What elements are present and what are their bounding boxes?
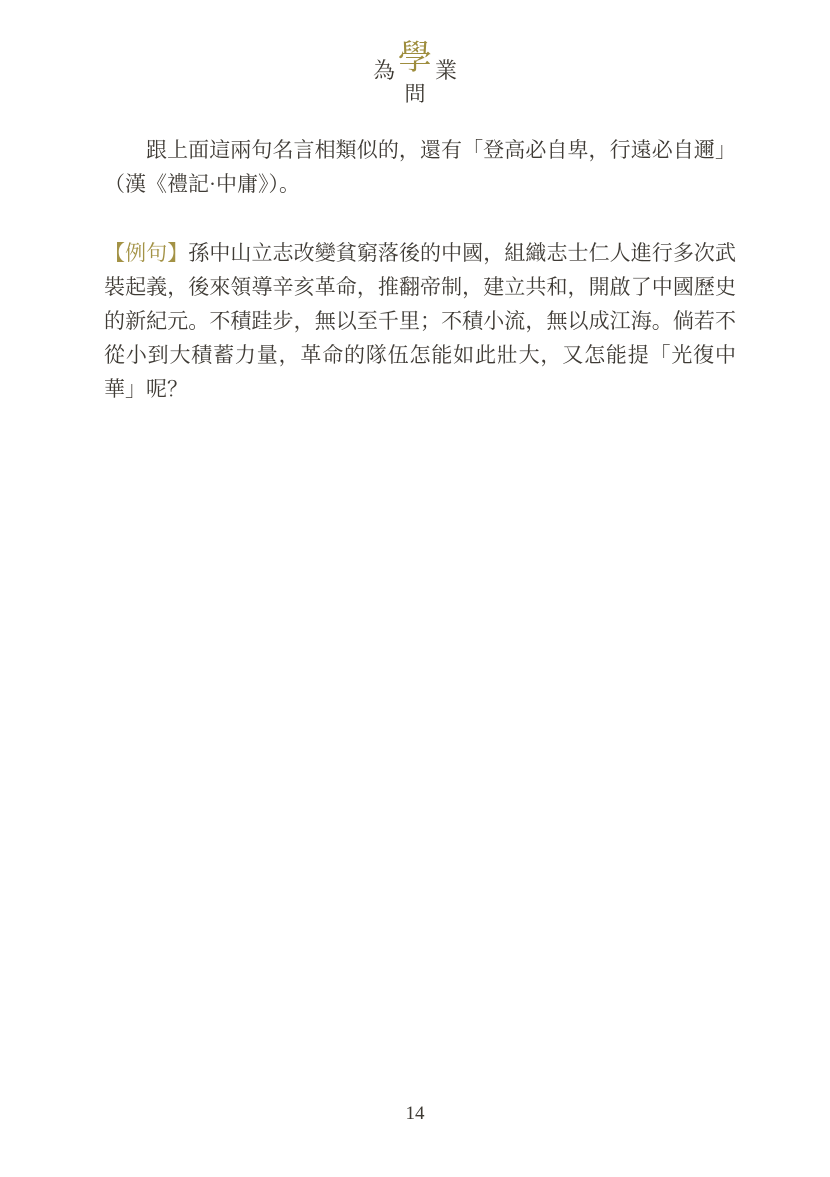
example-text: 孫中山立志改變貧窮落後的中國，組織志士仁人進行多次武裝起義，後來領導辛亥革命，推…: [104, 241, 736, 401]
logo-char-wei: 為: [373, 60, 395, 82]
logo-center-column: 學 問: [398, 36, 432, 105]
document-page: 為 學 問 業 跟上面這兩句名言相類似的，還有「登高必自卑，行遠必自邇」（漢《禮…: [0, 0, 830, 1177]
logo-char-xue: 學: [398, 42, 432, 76]
book-logo: 為 學 問 業: [0, 0, 830, 105]
page-number: 14: [406, 1103, 425, 1124]
example-marker: 【例句】: [104, 241, 188, 265]
logo-char-wen: 問: [405, 84, 426, 105]
logo-char-ye: 業: [435, 60, 457, 82]
page-content: 跟上面這兩句名言相類似的，還有「登高必自卑，行遠必自邇」（漢《禮記·中庸》）。 …: [104, 133, 736, 406]
page-footer: 14: [0, 1103, 830, 1125]
example-paragraph: 【例句】孫中山立志改變貧窮落後的中國，組織志士仁人進行多次武裝起義，後來領導辛亥…: [104, 236, 736, 406]
intro-paragraph: 跟上面這兩句名言相類似的，還有「登高必自卑，行遠必自邇」（漢《禮記·中庸》）。: [104, 133, 736, 201]
